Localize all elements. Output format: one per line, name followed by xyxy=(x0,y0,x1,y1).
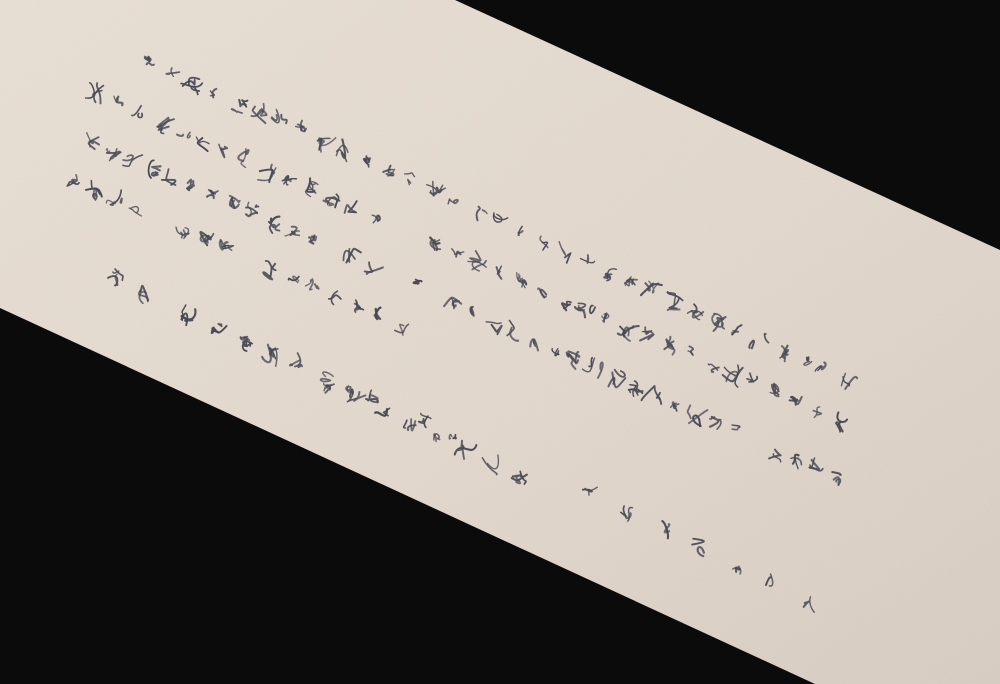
manuscript-photo xyxy=(0,0,1000,684)
photo-scene xyxy=(0,0,1000,684)
